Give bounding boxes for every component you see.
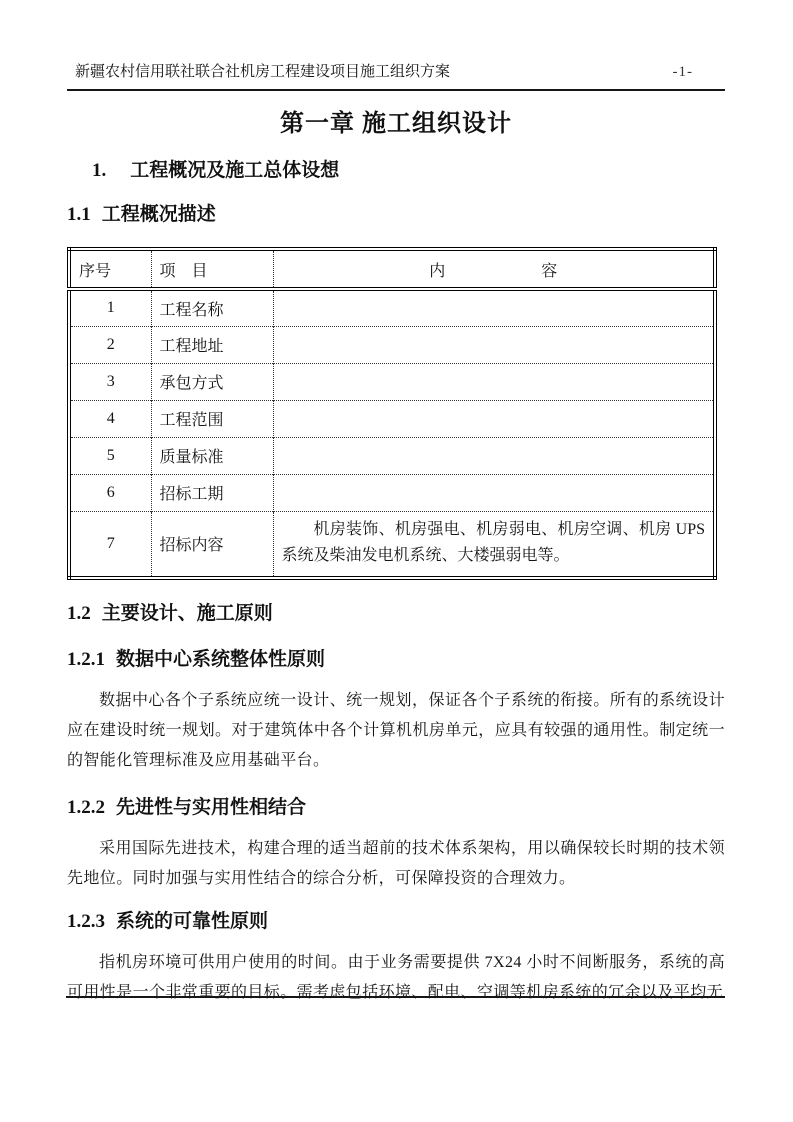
row-content [273, 289, 715, 326]
paragraph-1-2-2: 采用国际先进技术，构建合理的适当超前的技术体系架构，用以确保较长时期的技术领先地… [67, 834, 725, 894]
table-row: 6 招标工期 [69, 474, 715, 511]
table-row: 7 招标内容 机房装饰、机房强电、机房弱电、机房空调、机房 UPS 系统及柴油发… [69, 511, 715, 578]
table-header-row: 序号 项 目 内 容 [69, 249, 715, 289]
section-title: 数据中心系统整体性原则 [116, 649, 325, 670]
table-row: 1 工程名称 [69, 289, 715, 326]
column-header-item: 项 目 [151, 249, 273, 289]
table-row: 5 质量标准 [69, 437, 715, 474]
paragraph-1-2-1: 数据中心各个子系统应统一设计、统一规划，保证各个子系统的衔接。所有的系统设计应在… [67, 686, 725, 776]
row-content [273, 474, 715, 511]
row-content [273, 437, 715, 474]
page-header: 新疆农村信用联社联合社机房工程建设项目施工组织方案 -1- [67, 62, 725, 91]
section-heading-1: 1.工程概况及施工总体设想 [67, 159, 725, 183]
section-heading-1-2-1: 1.2.1数据中心系统整体性原则 [67, 648, 725, 672]
section-title: 系统的可靠性原则 [116, 911, 268, 932]
document-page: 新疆农村信用联社联合社机房工程建设项目施工组织方案 -1- 第一章 施工组织设计… [0, 0, 793, 1122]
row-content: 机房装饰、机房强电、机房弱电、机房空调、机房 UPS 系统及柴油发电机系统、大楼… [273, 511, 715, 578]
row-no: 1 [69, 289, 151, 326]
section-heading-1-2-3: 1.2.3系统的可靠性原则 [67, 910, 725, 934]
page-number: -1- [673, 62, 726, 82]
section-heading-1-1: 1.1工程概况描述 [67, 203, 725, 227]
row-no: 7 [69, 511, 151, 578]
project-overview-table: 序号 项 目 内 容 1 工程名称 2 工程地址 3 承包方式 [67, 247, 717, 580]
section-heading-1-2: 1.2主要设计、施工原则 [67, 602, 725, 626]
row-content [273, 400, 715, 437]
row-item: 工程名称 [151, 289, 273, 326]
row-item: 质量标准 [151, 437, 273, 474]
section-title: 主要设计、施工原则 [102, 603, 273, 624]
row-content [273, 326, 715, 363]
row-no: 3 [69, 363, 151, 400]
section-number: 1.2.3 [67, 911, 105, 932]
section-number: 1. [92, 160, 106, 181]
table-row: 2 工程地址 [69, 326, 715, 363]
section-number: 1.2.2 [67, 797, 105, 818]
section-title: 工程概况描述 [102, 204, 216, 225]
row-content [273, 363, 715, 400]
paragraph-1-2-3: 指机房环境可供用户使用的时间。由于业务需要提供 7X24 小时不间断服务，系统的… [67, 948, 725, 1008]
chapter-title: 第一章 施工组织设计 [67, 107, 725, 141]
row-item: 工程地址 [151, 326, 273, 363]
section-title: 工程概况及施工总体设想 [130, 160, 339, 181]
column-header-content: 内 容 [273, 249, 715, 289]
row-item: 工程范围 [151, 400, 273, 437]
row-item: 招标内容 [151, 511, 273, 578]
table-row: 3 承包方式 [69, 363, 715, 400]
section-number: 1.1 [67, 204, 91, 225]
table-row: 4 工程范围 [69, 400, 715, 437]
row-no: 2 [69, 326, 151, 363]
row-no: 4 [69, 400, 151, 437]
footer-rule [66, 996, 725, 998]
section-title: 先进性与实用性相结合 [116, 797, 306, 818]
header-doc-title: 新疆农村信用联社联合社机房工程建设项目施工组织方案 [75, 62, 450, 82]
row-no: 6 [69, 474, 151, 511]
row-item: 承包方式 [151, 363, 273, 400]
section-number: 1.2 [67, 603, 91, 624]
section-number: 1.2.1 [67, 649, 105, 670]
section-heading-1-2-2: 1.2.2先进性与实用性相结合 [67, 796, 725, 820]
row-item: 招标工期 [151, 474, 273, 511]
column-header-no: 序号 [69, 249, 151, 289]
row-no: 5 [69, 437, 151, 474]
